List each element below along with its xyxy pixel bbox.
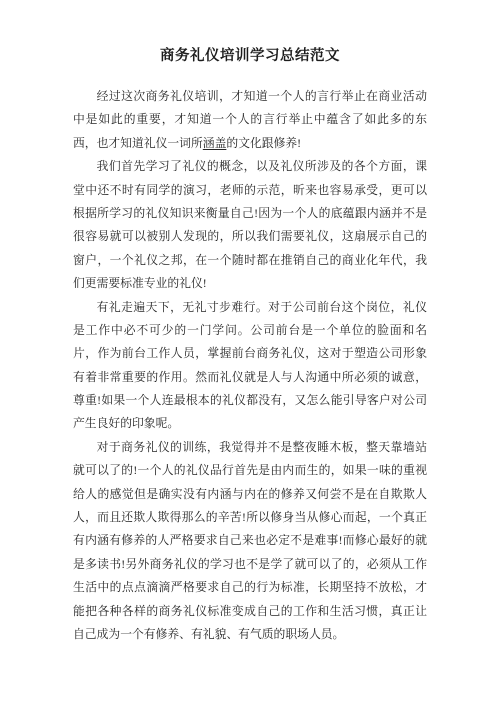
text-line: 自己成为一个有修养、有礼貌、有气质的职场人员。	[73, 623, 427, 646]
text-line: 根据所学习的礼仪知识来衡量自己!因为一个人的底蕴跟内涵并不是	[73, 202, 427, 225]
text-line: 尊重!如果一个人连最根本的礼仪都没有，又怎么能引导客户对公司	[73, 389, 427, 412]
text-line: 是工作中必不可少的一门学问。公司前台是一个单位的脸面和名	[73, 319, 427, 342]
text-line: 生活中的点点滴滴严格要求自己的行为标准，长期坚持不放松，才	[73, 576, 427, 599]
paragraph: 经过这次商务礼仪培训，才知道一个人的言行举止在商业活动中是如此的重要，才知道一个…	[73, 85, 427, 155]
text-line: 堂中还不时有同学的演习，老师的示范，昕来也容易承受，更可以	[73, 179, 427, 202]
text-line: 片，作为前台工作人员，掌握前台商务礼仪，这对于塑造公司形象	[73, 342, 427, 365]
underlined-term: 涵盖	[203, 136, 227, 150]
text-line: 西，也才知道礼仪一词所涵盖的文化跟修养!	[73, 132, 427, 155]
paragraph: 有礼走遍天下，无礼寸步难行。对于公司前台这个岗位，礼仪是工作中必不可少的一门学问…	[73, 296, 427, 436]
text-line: 对于商务礼仪的训练，我觉得并不是整夜睡木板，整天靠墙站	[73, 436, 427, 459]
text-line: 就可以了的!一个人的礼仪品行首先是由内而生的，如果一味的重视	[73, 459, 427, 482]
text-line: 有内涵有修养的人严格要求自己来也必定不是难事!而修心最好的就	[73, 529, 427, 552]
text-line: 们更需要标准专业的礼仪!	[73, 272, 427, 295]
text-line: 经过这次商务礼仪培训，才知道一个人的言行举止在商业活动	[73, 85, 427, 108]
text-line: 很容易就可以被别人发现的，所以我们需要礼仪，这扇展示自己的	[73, 225, 427, 248]
text-line: 给人的感觉但是确实没有内涵与内在的修养又何尝不是在自欺欺人	[73, 483, 427, 506]
text-line: 有礼走遍天下，无礼寸步难行。对于公司前台这个岗位，礼仪	[73, 296, 427, 319]
text-line: 人，而且还欺人欺得那么的辛苦!所以修身当从修心而起，一个真正	[73, 506, 427, 529]
text-line: 是多读书!另外商务礼仪的学习也不是学了就可以了的，必须从工作	[73, 553, 427, 576]
document-page: 商务礼仪培训学习总结范文 经过这次商务礼仪培训，才知道一个人的言行举止在商业活动…	[0, 0, 500, 707]
document-title: 商务礼仪培训学习总结范文	[0, 44, 500, 65]
text-line: 能把各种各样的商务礼仪标准变成自己的工作和生活习惯，真正让	[73, 600, 427, 623]
text-line: 我们首先学习了礼仪的概念，以及礼仪所涉及的各个方面，课	[73, 155, 427, 178]
document-body: 经过这次商务礼仪培训，才知道一个人的言行举止在商业活动中是如此的重要，才知道一个…	[73, 85, 427, 646]
text-line: 窗户，一个礼仪之邦，在一个随时都在推销自己的商业化年代，我	[73, 249, 427, 272]
paragraph: 我们首先学习了礼仪的概念，以及礼仪所涉及的各个方面，课堂中还不时有同学的演习，老…	[73, 155, 427, 295]
text-line: 有着非常重要的作用。然而礼仪就是人与人沟通中所必须的诚意，	[73, 366, 427, 389]
text-line: 产生良好的印象呢。	[73, 412, 427, 435]
paragraph: 对于商务礼仪的训练，我觉得并不是整夜睡木板，整天靠墙站就可以了的!一个人的礼仪品…	[73, 436, 427, 647]
text-line: 中是如此的重要，才知道一个人的言行举止中蕴含了如此多的东	[73, 108, 427, 131]
